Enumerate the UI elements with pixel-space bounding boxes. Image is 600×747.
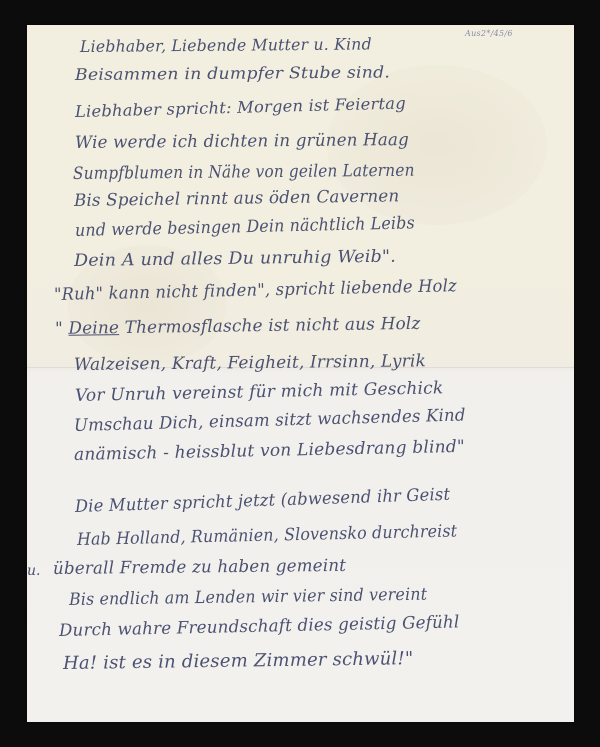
handwritten-line: Liebhaber, Liebende Mutter u. Kind xyxy=(80,34,372,56)
handwritten-line: Bis endlich am Lenden wir vier sind vere… xyxy=(69,585,427,610)
margin-note: u. xyxy=(27,563,40,579)
handwritten-line: Beisammen in dumpfer Stube sind. xyxy=(75,62,390,84)
handwritten-line-underlined: " Deine Thermosflasche ist nicht aus Hol… xyxy=(55,314,421,339)
handwritten-line: Sumpfblumen in Nähe von geilen Laternen xyxy=(73,161,415,184)
archive-reference: Aus2*/45/6 xyxy=(465,29,513,38)
handwritten-line: Ha! ist es in diesem Zimmer schwül!" xyxy=(63,648,414,674)
handwritten-line: Wie werde ich dichten in grünen Haag xyxy=(75,130,409,153)
underlined-word: Deine xyxy=(68,318,119,339)
handwritten-line: überall Fremde zu haben gemeint xyxy=(53,556,346,579)
handwritten-line: Durch wahre Freundschaft dies geistig Ge… xyxy=(59,612,460,641)
handwritten-line: anämisch - heissblut von Liebesdrang bli… xyxy=(74,437,465,465)
handwritten-line: Hab Holland, Rumänien, Slovensko durchre… xyxy=(77,521,458,550)
handwritten-line: und werde besingen Dein nächtlich Leibs xyxy=(75,213,415,241)
handwritten-line: Die Mutter spricht jetzt (abwesend ihr G… xyxy=(75,485,451,517)
handwritten-page: Aus2*/45/6 Liebhaber, Liebende Mutter u.… xyxy=(27,25,574,722)
handwritten-line: Walzeisen, Kraft, Feigheit, Irrsinn, Lyr… xyxy=(74,351,426,375)
handwritten-line: Bis Speichel rinnt aus öden Cavernen xyxy=(74,186,400,211)
handwritten-line: Umschau Dich, einsam sitzt wachsendes Ki… xyxy=(74,405,466,436)
handwritten-line: Vor Unruh vereinst für mich mit Geschick xyxy=(75,378,444,406)
handwritten-line: Dein A und alles Du unruhig Weib". xyxy=(74,247,396,271)
